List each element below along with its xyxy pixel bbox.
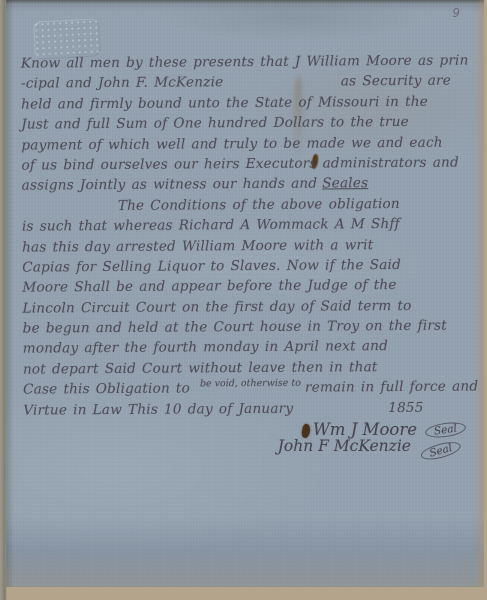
text-line: be begun and held at the Court house in …: [23, 315, 481, 339]
text-segment: -cipal and John F. McKenzie: [21, 73, 224, 95]
date-year: 1855: [388, 399, 424, 415]
text-line: Case this Obligation tobe void, otherwis…: [23, 377, 481, 401]
page-number: 9: [452, 6, 460, 20]
text-segment: Case this Obligation to: [23, 381, 190, 398]
scanned-document: 9 Know all men by these presents that J …: [0, 0, 487, 600]
signature-block: Wm J MooreSeal John F McKenzieSeal: [278, 420, 468, 457]
text-segment: as Security are: [341, 71, 451, 92]
text-line: held and firmly bound unto the State of …: [21, 91, 479, 115]
text-line: of us bind ourselves our heirs Executors…: [21, 152, 479, 176]
handwritten-text: Know all men by these presents that J Wi…: [21, 50, 482, 420]
text-line: -cipal and John F. McKenzie as Security …: [21, 71, 479, 95]
signature-mckenzie: John F McKenzieSeal: [278, 437, 468, 457]
paper-edge-right: [476, 0, 484, 587]
text-segment: assigns Jointly as witness our hands and: [22, 176, 318, 194]
text-segment: remain in full force and: [305, 379, 478, 396]
seal-mark: Seal: [424, 420, 467, 440]
underlined-word: Seales: [322, 176, 368, 192]
paper-sheet: 9 Know all men by these presents that J …: [6, 0, 484, 587]
signature-name: John F McKenzie: [278, 437, 411, 455]
text-line: Virtue in Law This 10 day of January1855: [23, 397, 481, 421]
text-segment: Virtue in Law This 10 day of January: [23, 400, 293, 418]
interlined-insertion: be void, otherwise to: [200, 380, 301, 389]
seal-mark: Seal: [419, 439, 462, 463]
